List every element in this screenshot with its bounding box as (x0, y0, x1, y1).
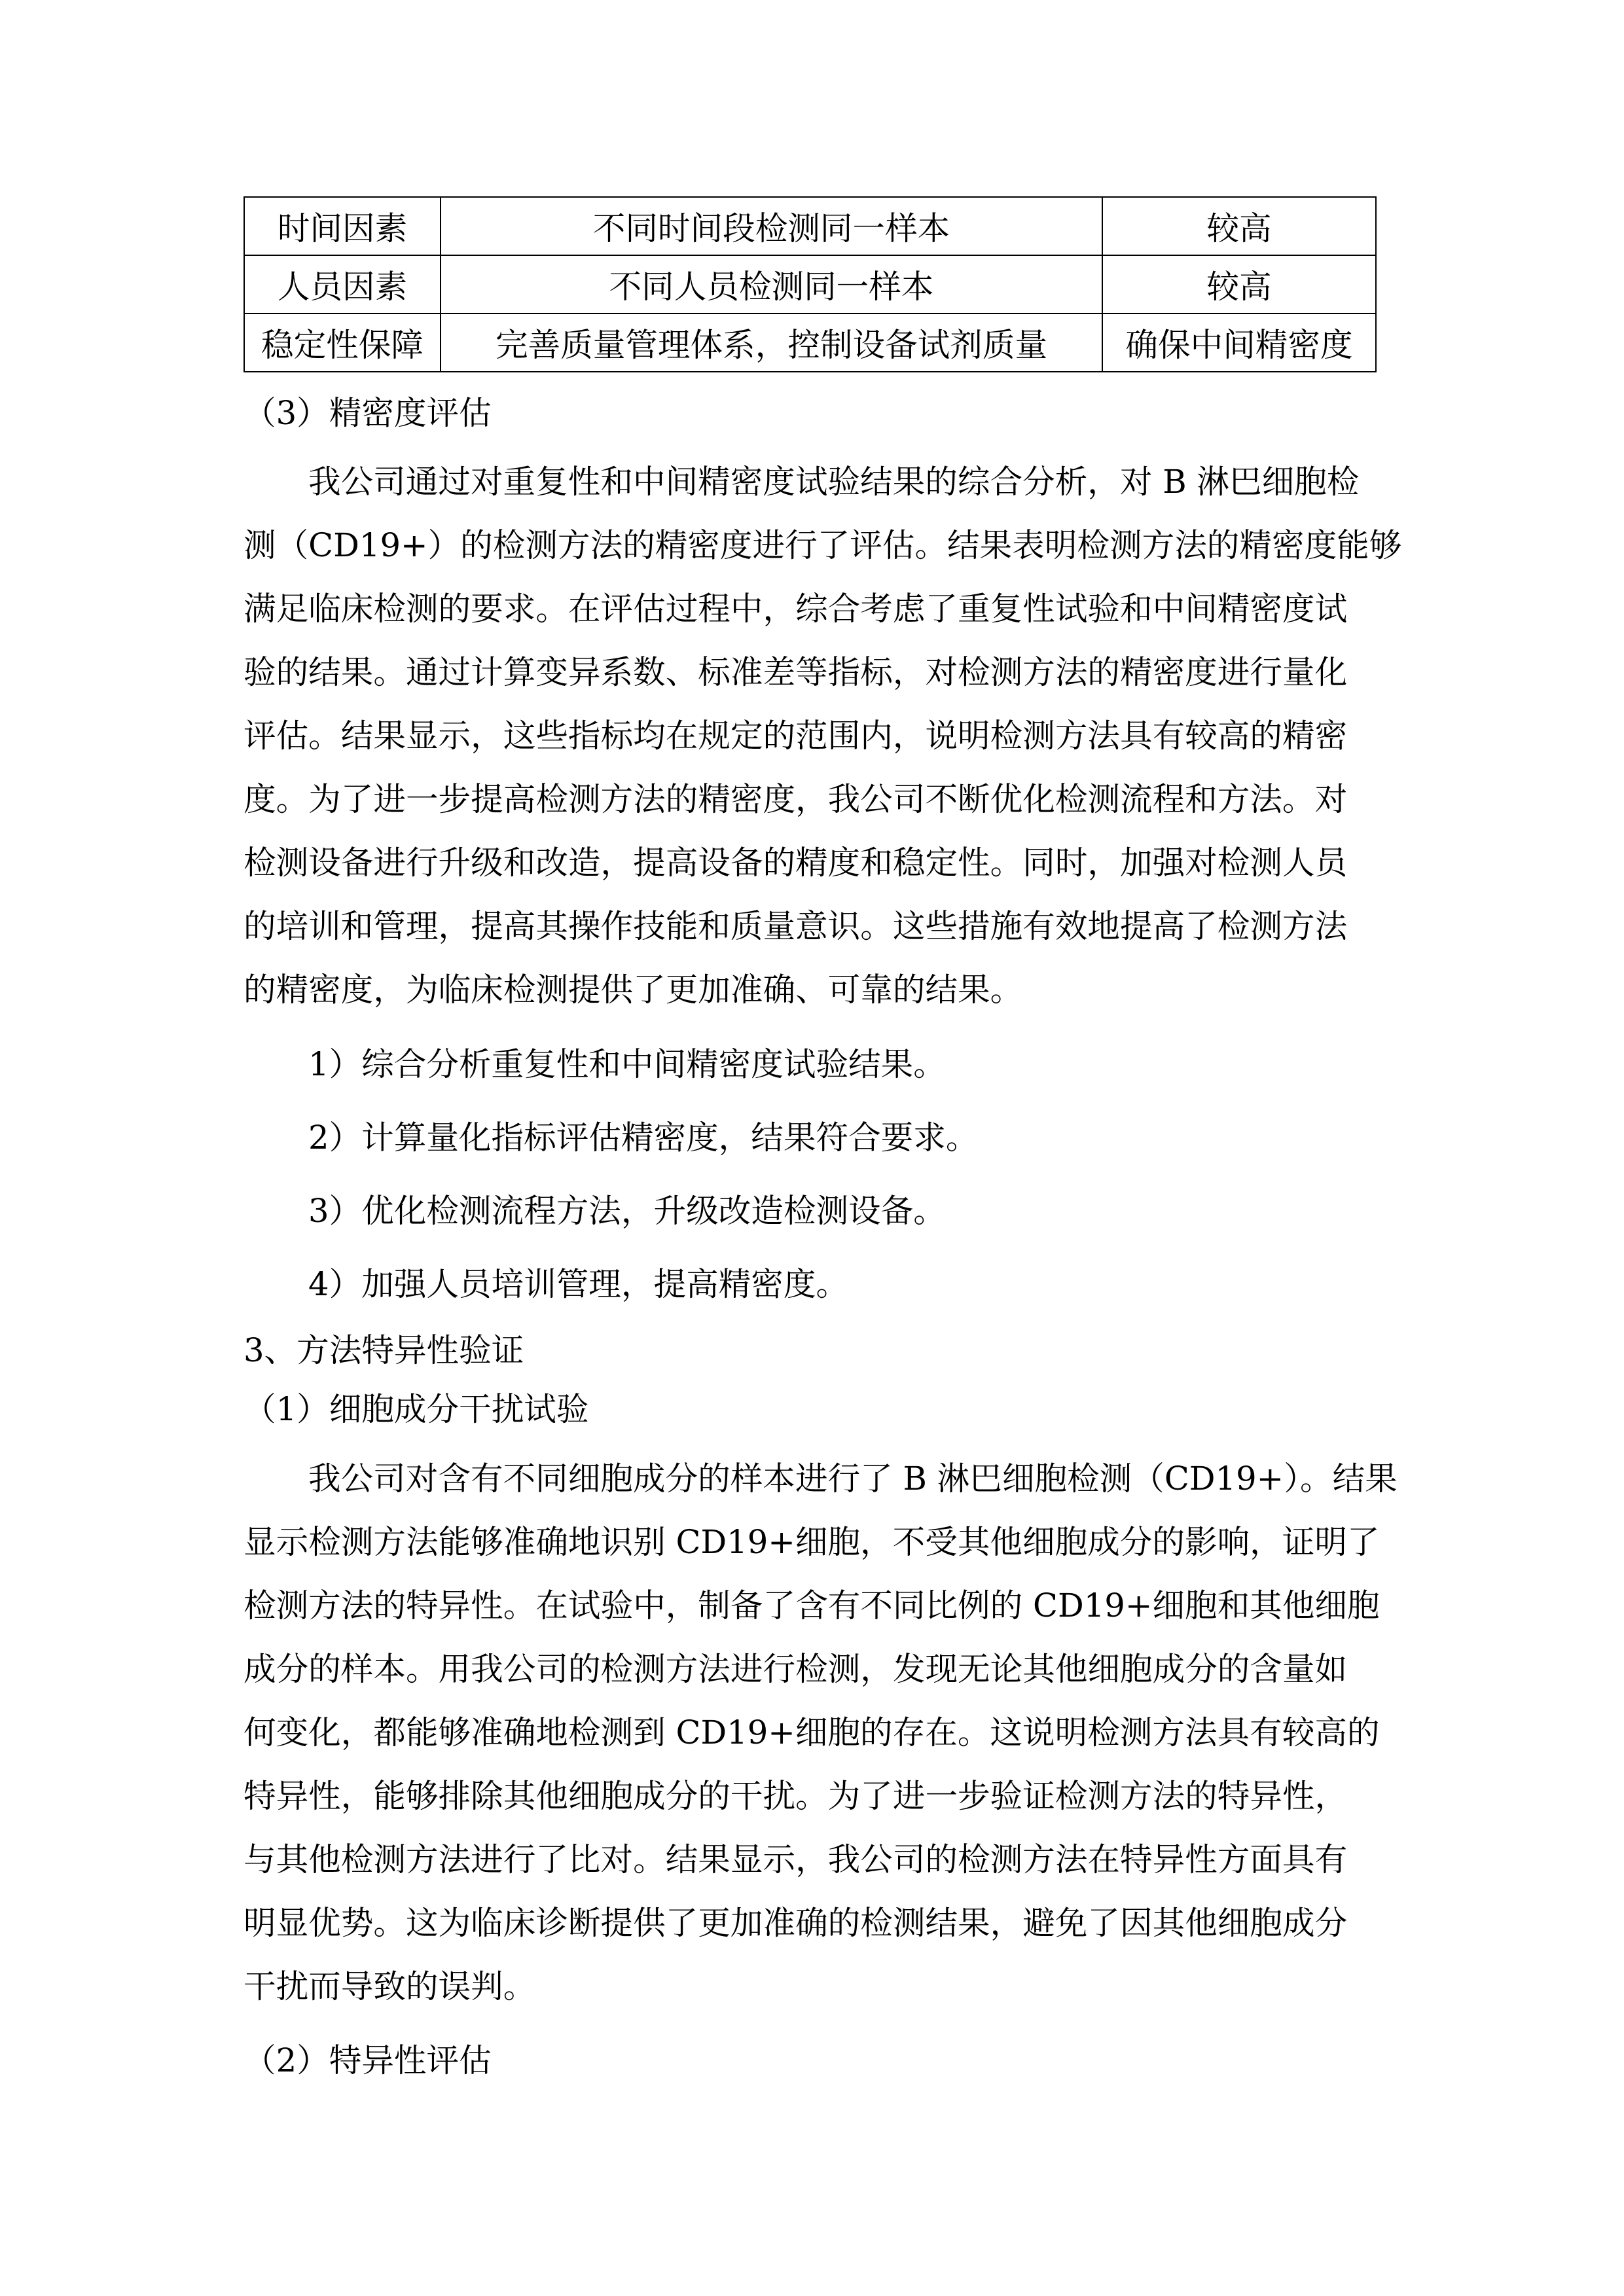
subsection-heading-cell-interference: （1）细胞成分干扰试验 (244, 1378, 1381, 1441)
table-cell-factor: 稳定性保障 (244, 314, 441, 372)
table-cell-method: 完善质量管理体系，控制设备试剂质量 (441, 314, 1102, 372)
paragraph-line: 成分的样本。用我公司的检测方法进行检测，发现无论其他细胞成分的含量如 (244, 1638, 1381, 1701)
paragraph-precision-evaluation: 我公司通过对重复性和中间精密度试验结果的综合分析，对 B 淋巴细胞检 测（CD1… (244, 450, 1381, 1022)
paragraph-line: 检测方法的特异性。在试验中，制备了含有不同比例的 CD19+细胞和其他细胞 (244, 1574, 1381, 1638)
paragraph-line: 评估。结果显示，这些指标均在规定的范围内，说明检测方法具有较高的精密 (244, 704, 1381, 768)
paragraph-line: 特异性，能够排除其他细胞成分的干扰。为了进一步验证检测方法的特异性， (244, 1765, 1381, 1828)
paragraph-line: 度。为了进一步提高检测方法的精密度，我公司不断优化检测流程和方法。对 (244, 768, 1381, 831)
table-row: 稳定性保障 完善质量管理体系，控制设备试剂质量 确保中间精密度 (244, 314, 1376, 372)
table-cell-method: 不同时间段检测同一样本 (441, 197, 1102, 255)
table-cell-result: 确保中间精密度 (1102, 314, 1376, 372)
list-item: 2）计算量化指标评估精密度，结果符合要求。 (308, 1106, 978, 1170)
paragraph-line: 何变化，都能够准确地检测到 CD19+细胞的存在。这说明检测方法具有较高的 (244, 1701, 1381, 1765)
section-heading-precision-evaluation: （3）精密度评估 (244, 382, 1381, 445)
paragraph-line: 与其他检测方法进行了比对。结果显示，我公司的检测方法在特异性方面具有 (244, 1828, 1381, 1892)
paragraph-line: 明显优势。这为临床诊断提供了更加准确的检测结果，避免了因其他细胞成分 (244, 1892, 1381, 1955)
table-cell-result: 较高 (1102, 255, 1376, 314)
paragraph-line: 检测设备进行升级和改造，提高设备的精度和稳定性。同时，加强对检测人员 (244, 831, 1381, 895)
table-cell-factor: 人员因素 (244, 255, 441, 314)
paragraph-line: 我公司对含有不同细胞成分的样本进行了 B 淋巴细胞检测（CD19+）。结果 (244, 1447, 1381, 1511)
table-cell-method: 不同人员检测同一样本 (441, 255, 1102, 314)
paragraph-line: 验的结果。通过计算变异系数、标准差等指标，对检测方法的精密度进行量化 (244, 641, 1381, 704)
paragraph-line: 满足临床检测的要求。在评估过程中，综合考虑了重复性试验和中间精密度试 (244, 577, 1381, 641)
paragraph-line: 我公司通过对重复性和中间精密度试验结果的综合分析，对 B 淋巴细胞检 (244, 450, 1381, 514)
precision-factor-table: 时间因素 不同时间段检测同一样本 较高 人员因素 不同人员检测同一样本 较高 稳… (244, 196, 1377, 372)
paragraph-line: 显示检测方法能够准确地识别 CD19+细胞，不受其他细胞成分的影响，证明了 (244, 1511, 1381, 1574)
table-row: 时间因素 不同时间段检测同一样本 较高 (244, 197, 1376, 255)
paragraph-line: 的培训和管理，提高其操作技能和质量意识。这些措施有效地提高了检测方法 (244, 895, 1381, 958)
subsection-heading-specificity-evaluation: （2）特异性评估 (244, 2029, 1381, 2092)
table-row: 人员因素 不同人员检测同一样本 较高 (244, 255, 1376, 314)
list-item: 4）加强人员培训管理，提高精密度。 (308, 1253, 848, 1316)
paragraph-line: 干扰而导致的误判。 (244, 1955, 1381, 2018)
table-cell-result: 较高 (1102, 197, 1376, 255)
table-cell-factor: 时间因素 (244, 197, 441, 255)
section-heading-method-specificity: 3、方法特异性验证 (244, 1319, 1381, 1382)
list-item: 3）优化检测流程方法，升级改造检测设备。 (308, 1179, 946, 1243)
document-page: 时间因素 不同时间段检测同一样本 较高 人员因素 不同人员检测同一样本 较高 稳… (0, 0, 1624, 2296)
paragraph-cell-interference: 我公司对含有不同细胞成分的样本进行了 B 淋巴细胞检测（CD19+）。结果 显示… (244, 1447, 1381, 2018)
list-item: 1）综合分析重复性和中间精密度试验结果。 (308, 1033, 946, 1096)
paragraph-line: 的精密度，为临床检测提供了更加准确、可靠的结果。 (244, 958, 1381, 1022)
paragraph-line: 测（CD19+）的检测方法的精密度进行了评估。结果表明检测方法的精密度能够 (244, 514, 1381, 577)
